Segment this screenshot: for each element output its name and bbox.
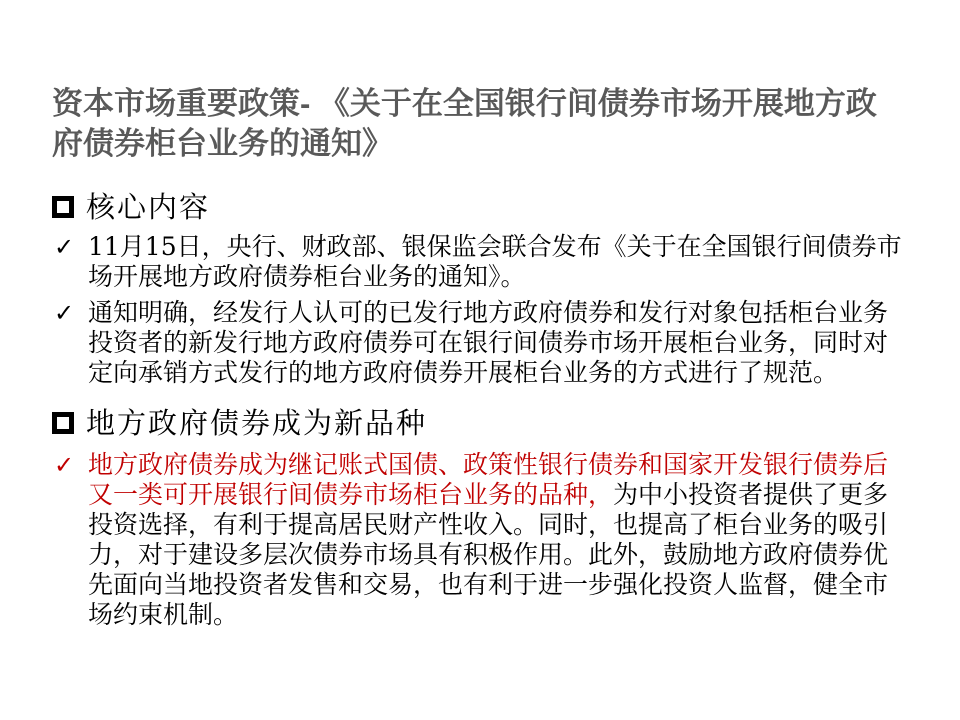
checkmark-icon: ✓ bbox=[54, 232, 74, 262]
bullet-item: ✓ 11月15日，央行、财政部、银保监会联合发布《关于在全国银行间债券市场开展地… bbox=[52, 232, 908, 292]
bullet-text: 通知明确，经发行人认可的已发行地方政府债券和发行对象包括柜台业务投资者的新发行地… bbox=[88, 298, 888, 387]
section-heading: 核心内容 bbox=[52, 188, 908, 226]
bullet-item: ✓ 地方政府债券成为继记账式国债、政策性银行债券和国家开发银行债券后又一类可开展… bbox=[52, 450, 908, 630]
section-heading: 地方政府债券成为新品种 bbox=[52, 404, 908, 442]
bullet-item: ✓ 通知明确，经发行人认可的已发行地方政府债券和发行对象包括柜台业务投资者的新发… bbox=[52, 298, 908, 388]
section-core-content: 核心内容 ✓ 11月15日，央行、财政部、银保监会联合发布《关于在全国银行间债券… bbox=[52, 188, 908, 388]
slide-title: 资本市场重要政策- 《关于在全国银行间债券市场开展地方政府债券柜台业务的通知》 bbox=[52, 84, 890, 164]
checkmark-icon: ✓ bbox=[54, 450, 74, 480]
presentation-slide: 资本市场重要政策- 《关于在全国银行间债券市场开展地方政府债券柜台业务的通知》 … bbox=[0, 0, 960, 720]
section-heading-text: 地方政府债券成为新品种 bbox=[86, 404, 427, 442]
checkmark-icon: ✓ bbox=[54, 298, 74, 328]
section-new-bond-type: 地方政府债券成为新品种 ✓ 地方政府债券成为继记账式国债、政策性银行债券和国家开… bbox=[52, 404, 908, 630]
section-heading-text: 核心内容 bbox=[86, 188, 210, 226]
square-bullet-icon bbox=[52, 412, 74, 434]
bullet-text: 11月15日，央行、财政部、银保监会联合发布《关于在全国银行间债券市场开展地方政… bbox=[88, 232, 902, 291]
slide-body: 核心内容 ✓ 11月15日，央行、财政部、银保监会联合发布《关于在全国银行间债券… bbox=[52, 188, 908, 630]
square-bullet-icon bbox=[52, 196, 74, 218]
